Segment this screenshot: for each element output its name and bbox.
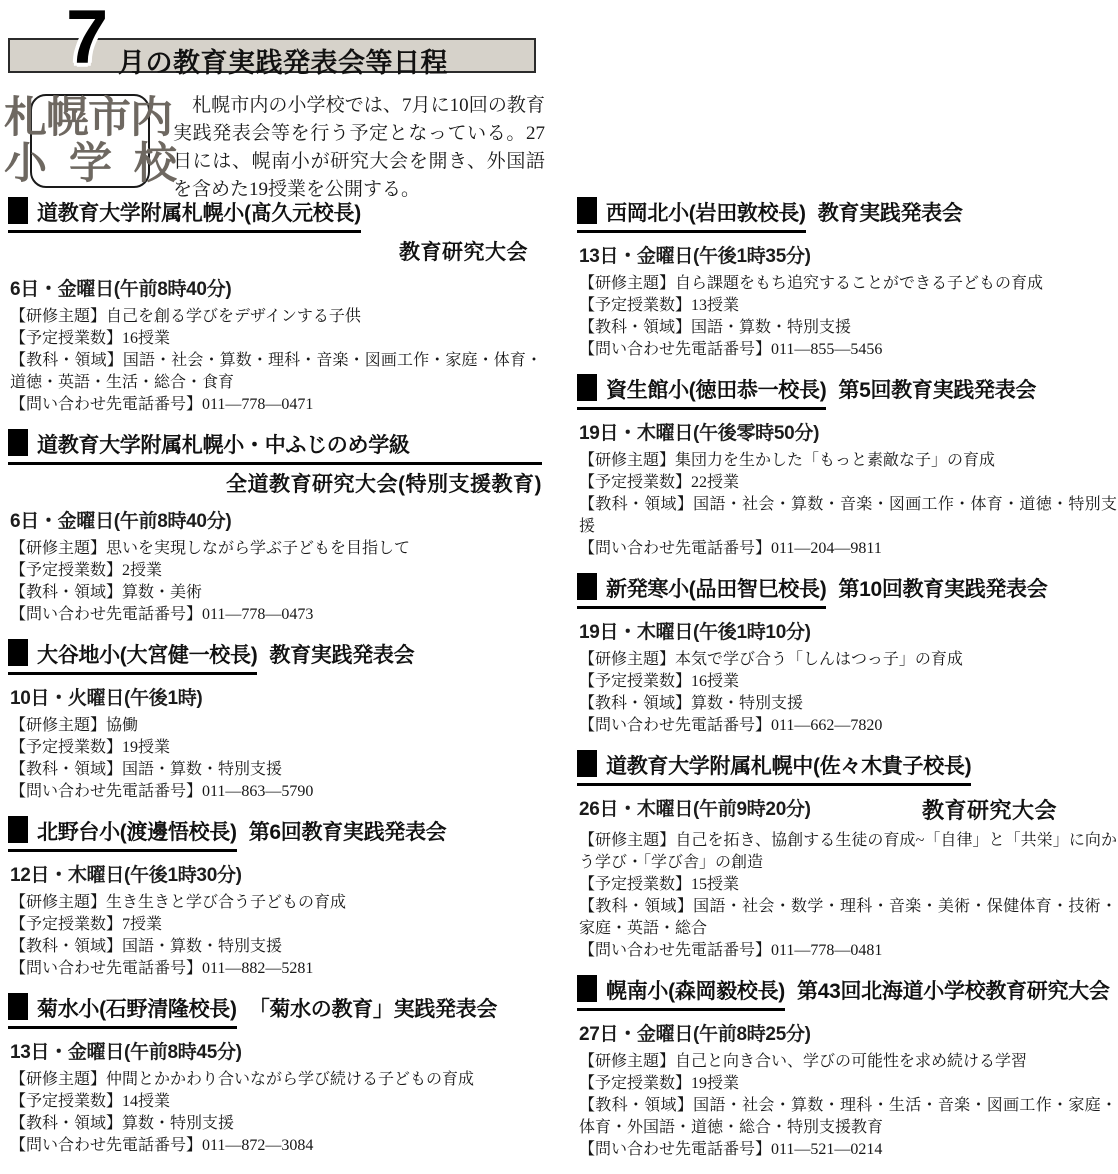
event-subtitle: 全道教育研究大会(特別支援教育)	[8, 468, 542, 498]
detail-subjects: 【教科・領域】算数・美術	[10, 582, 542, 604]
column-left: 道教育大学附属札幌小(髙久元校長) 教育研究大会 6日・金曜日(午前8時40分)…	[8, 197, 542, 1051]
category-logo: 札幌市内 小 学 校	[4, 92, 184, 192]
section-title: 道教育大学附属札幌小・中ふじのめ学級	[8, 429, 542, 465]
logo-line1: 札幌市内	[4, 95, 184, 141]
event-name: 第5回教育実践発表会	[838, 379, 1036, 402]
event-date: 26日・木曜日(午前9時20分)	[579, 794, 811, 821]
event-name: 第10回教育実践発表会	[838, 578, 1047, 601]
school-name: 道教育大学附属札幌中(佐々木貴子校長)	[606, 755, 971, 778]
section-kikusui-sho: 菊水小(石野清隆校長)「菊水の教育」実践発表会 13日・金曜日(午前8時45分)…	[8, 993, 542, 1051]
detail-theme: 【研修主題】協働	[10, 715, 542, 737]
school-name: 北野台小(渡邊悟校長)	[37, 821, 237, 844]
school-name: 道教育大学附属札幌小(髙久元校長)	[37, 202, 361, 225]
event-date: 27日・金曜日(午前8時25分)	[579, 1019, 811, 1046]
intro-paragraph: 札幌市内の小学校では、7月に10回の教育実践発表会等を行う予定となっている。27…	[173, 92, 545, 204]
detail-phone: 【問い合わせ先電話番号】011―863―5790	[10, 781, 542, 803]
section-title: 大谷地小(大宮健一校長)教育実践発表会	[8, 639, 542, 675]
event-date: 19日・木曜日(午後1時10分)	[579, 617, 811, 644]
detail-subjects: 【教科・領域】国語・算数・特別支援	[579, 317, 1117, 339]
section-shinhassamu-sho: 新発寒小(品田智巳校長)第10回教育実践発表会 19日・木曜日(午後1時10分)…	[577, 573, 1117, 737]
detail-theme: 【研修主題】集団力を生かした「もっと素敵な子」の育成	[579, 450, 1117, 472]
event-subtitle: 教育研究大会	[8, 236, 542, 266]
detail-phone: 【問い合わせ先電話番号】011―882―5281	[10, 958, 542, 980]
detail-phone: 【問い合わせ先電話番号】011―778―0473	[10, 604, 542, 626]
section-bullet-icon	[8, 816, 28, 843]
event-date: 10日・火曜日(午後1時)	[10, 683, 202, 710]
section-title: 道教育大学附属札幌中(佐々木貴子校長)	[577, 750, 1117, 786]
detail-classes: 【予定授業数】16授業	[579, 671, 1117, 693]
detail-classes: 【予定授業数】15授業	[579, 874, 1117, 896]
event-name: 第6回教育実践発表会	[249, 821, 447, 844]
section-fujinome-gakkyu: 道教育大学附属札幌小・中ふじのめ学級 全道教育研究大会(特別支援教育) 6日・金…	[8, 429, 542, 626]
detail-theme: 【研修主題】思いを実現しながら学ぶ子どもを目指して	[10, 538, 542, 560]
section-bullet-icon	[8, 993, 28, 1020]
logo-line2: 小 学 校	[4, 141, 184, 187]
event-date: 13日・金曜日(午前8時45分)	[10, 1037, 242, 1051]
detail-classes: 【予定授業数】22授業	[579, 472, 1117, 494]
school-name: 菊水小(石野清隆校長)	[37, 998, 237, 1021]
section-shiseikan-sho: 資生館小(徳田恭一校長)第5回教育実践発表会 19日・木曜日(午後零時50分) …	[577, 374, 1117, 560]
section-bullet-icon	[8, 429, 28, 456]
event-name: 教育実践発表会	[818, 202, 963, 225]
section-fuzoku-sapporo-sho: 道教育大学附属札幌小(髙久元校長) 教育研究大会 6日・金曜日(午前8時40分)…	[8, 197, 542, 416]
section-kitanodai-sho: 北野台小(渡邊悟校長)第6回教育実践発表会 12日・木曜日(午後1時30分) 【…	[8, 816, 542, 980]
detail-phone: 【問い合わせ先電話番号】011―662―7820	[579, 715, 1117, 737]
section-title: 西岡北小(岩田敦校長)教育実践発表会	[577, 197, 1117, 233]
section-title: 道教育大学附属札幌小(髙久元校長)	[8, 197, 542, 233]
detail-classes: 【予定授業数】13授業	[579, 295, 1117, 317]
detail-subjects: 【教科・領域】国語・社会・数学・理科・音楽・美術・保健体育・技術・家庭・英語・総…	[579, 896, 1117, 940]
detail-theme: 【研修主題】生き生きと学び合う子どもの育成	[10, 892, 542, 914]
detail-theme: 【研修主題】自ら課題をもち追究することができる子どもの育成	[579, 273, 1117, 295]
detail-theme: 【研修主題】自己を創る学びをデザインする子供	[10, 306, 542, 328]
section-nishiokakita-sho: 西岡北小(岩田敦校長)教育実践発表会 13日・金曜日(午後1時35分) 【研修主…	[577, 197, 1117, 361]
school-name: 西岡北小(岩田敦校長)	[606, 202, 806, 225]
event-date: 6日・金曜日(午前8時40分)	[10, 506, 231, 533]
section-title: 新発寒小(品田智巳校長)第10回教育実践発表会	[577, 573, 1117, 609]
school-name: 大谷地小(大宮健一校長)	[37, 644, 257, 667]
month-digit: 7	[66, 0, 108, 76]
detail-subjects: 【教科・領域】算数・特別支援	[579, 693, 1117, 715]
section-bullet-icon	[8, 639, 28, 666]
section-oyachi-sho: 大谷地小(大宮健一校長)教育実践発表会 10日・火曜日(午後1時) 【研修主題】…	[8, 639, 542, 803]
school-name: 幌南小(森岡毅校長)	[606, 980, 785, 1003]
detail-subjects: 【教科・領域】国語・社会・算数・音楽・図画工作・体育・道徳・特別支援	[579, 494, 1117, 538]
detail-phone: 【問い合わせ先電話番号】011―855―5456	[579, 339, 1117, 361]
section-fuzoku-sapporo-chu: 道教育大学附属札幌中(佐々木貴子校長) 26日・木曜日(午前9時20分) 教育研…	[577, 750, 1117, 962]
detail-classes: 【予定授業数】7授業	[10, 914, 542, 936]
event-date: 19日・木曜日(午後零時50分)	[579, 418, 819, 445]
detail-subjects: 【教科・領域】国語・算数・特別支援	[10, 759, 542, 781]
section-bullet-icon	[577, 975, 597, 1002]
detail-theme: 【研修主題】自己を拓き、協創する生徒の育成~「自律」と「共栄」に向かう学び・「学…	[579, 830, 1117, 874]
section-konan-sho: 幌南小(森岡毅校長)第43回北海道小学校教育研究大会 27日・金曜日(午前8時2…	[577, 975, 1117, 1051]
event-name: 第43回北海道小学校教育研究大会	[797, 980, 1110, 1003]
section-bullet-icon	[577, 750, 597, 777]
detail-phone: 【問い合わせ先電話番号】011―204―9811	[579, 538, 1117, 560]
school-name: 道教育大学附属札幌小・中ふじのめ学級	[37, 434, 410, 457]
detail-subjects: 【教科・領域】国語・算数・特別支援	[10, 936, 542, 958]
detail-phone: 【問い合わせ先電話番号】011―778―0481	[579, 940, 1117, 962]
event-date: 13日・金曜日(午後1時35分)	[579, 241, 811, 268]
section-bullet-icon	[8, 197, 28, 224]
section-bullet-icon	[577, 573, 597, 600]
school-name: 資生館小(徳田恭一校長)	[606, 379, 826, 402]
school-name: 新発寒小(品田智巳校長)	[606, 578, 826, 601]
event-name: 「菊水の教育」実践発表会	[249, 998, 497, 1021]
section-bullet-icon	[577, 197, 597, 224]
detail-subjects: 【教科・領域】国語・社会・算数・理科・音楽・図画工作・家庭・体育・道徳・英語・生…	[10, 350, 542, 394]
detail-classes: 【予定授業数】2授業	[10, 560, 542, 582]
event-subtitle: 教育研究大会	[922, 794, 1117, 825]
column-right: 西岡北小(岩田敦校長)教育実践発表会 13日・金曜日(午後1時35分) 【研修主…	[577, 197, 1117, 1051]
section-title: 資生館小(徳田恭一校長)第5回教育実践発表会	[577, 374, 1117, 410]
detail-phone: 【問い合わせ先電話番号】011―778―0471	[10, 394, 542, 416]
section-title: 幌南小(森岡毅校長)第43回北海道小学校教育研究大会	[577, 975, 1117, 1011]
detail-classes: 【予定授業数】19授業	[10, 737, 542, 759]
section-title: 北野台小(渡邊悟校長)第6回教育実践発表会	[8, 816, 542, 852]
page-title: 月の教育実践発表会等日程	[118, 41, 448, 80]
section-title: 菊水小(石野清隆校長)「菊水の教育」実践発表会	[8, 993, 542, 1029]
event-name: 教育実践発表会	[269, 644, 414, 667]
detail-classes: 【予定授業数】16授業	[10, 328, 542, 350]
section-bullet-icon	[577, 374, 597, 401]
event-date: 6日・金曜日(午前8時40分)	[10, 274, 231, 301]
detail-theme: 【研修主題】本気で学び合う「しんはつっ子」の育成	[579, 649, 1117, 671]
event-date: 12日・木曜日(午後1時30分)	[10, 860, 242, 887]
